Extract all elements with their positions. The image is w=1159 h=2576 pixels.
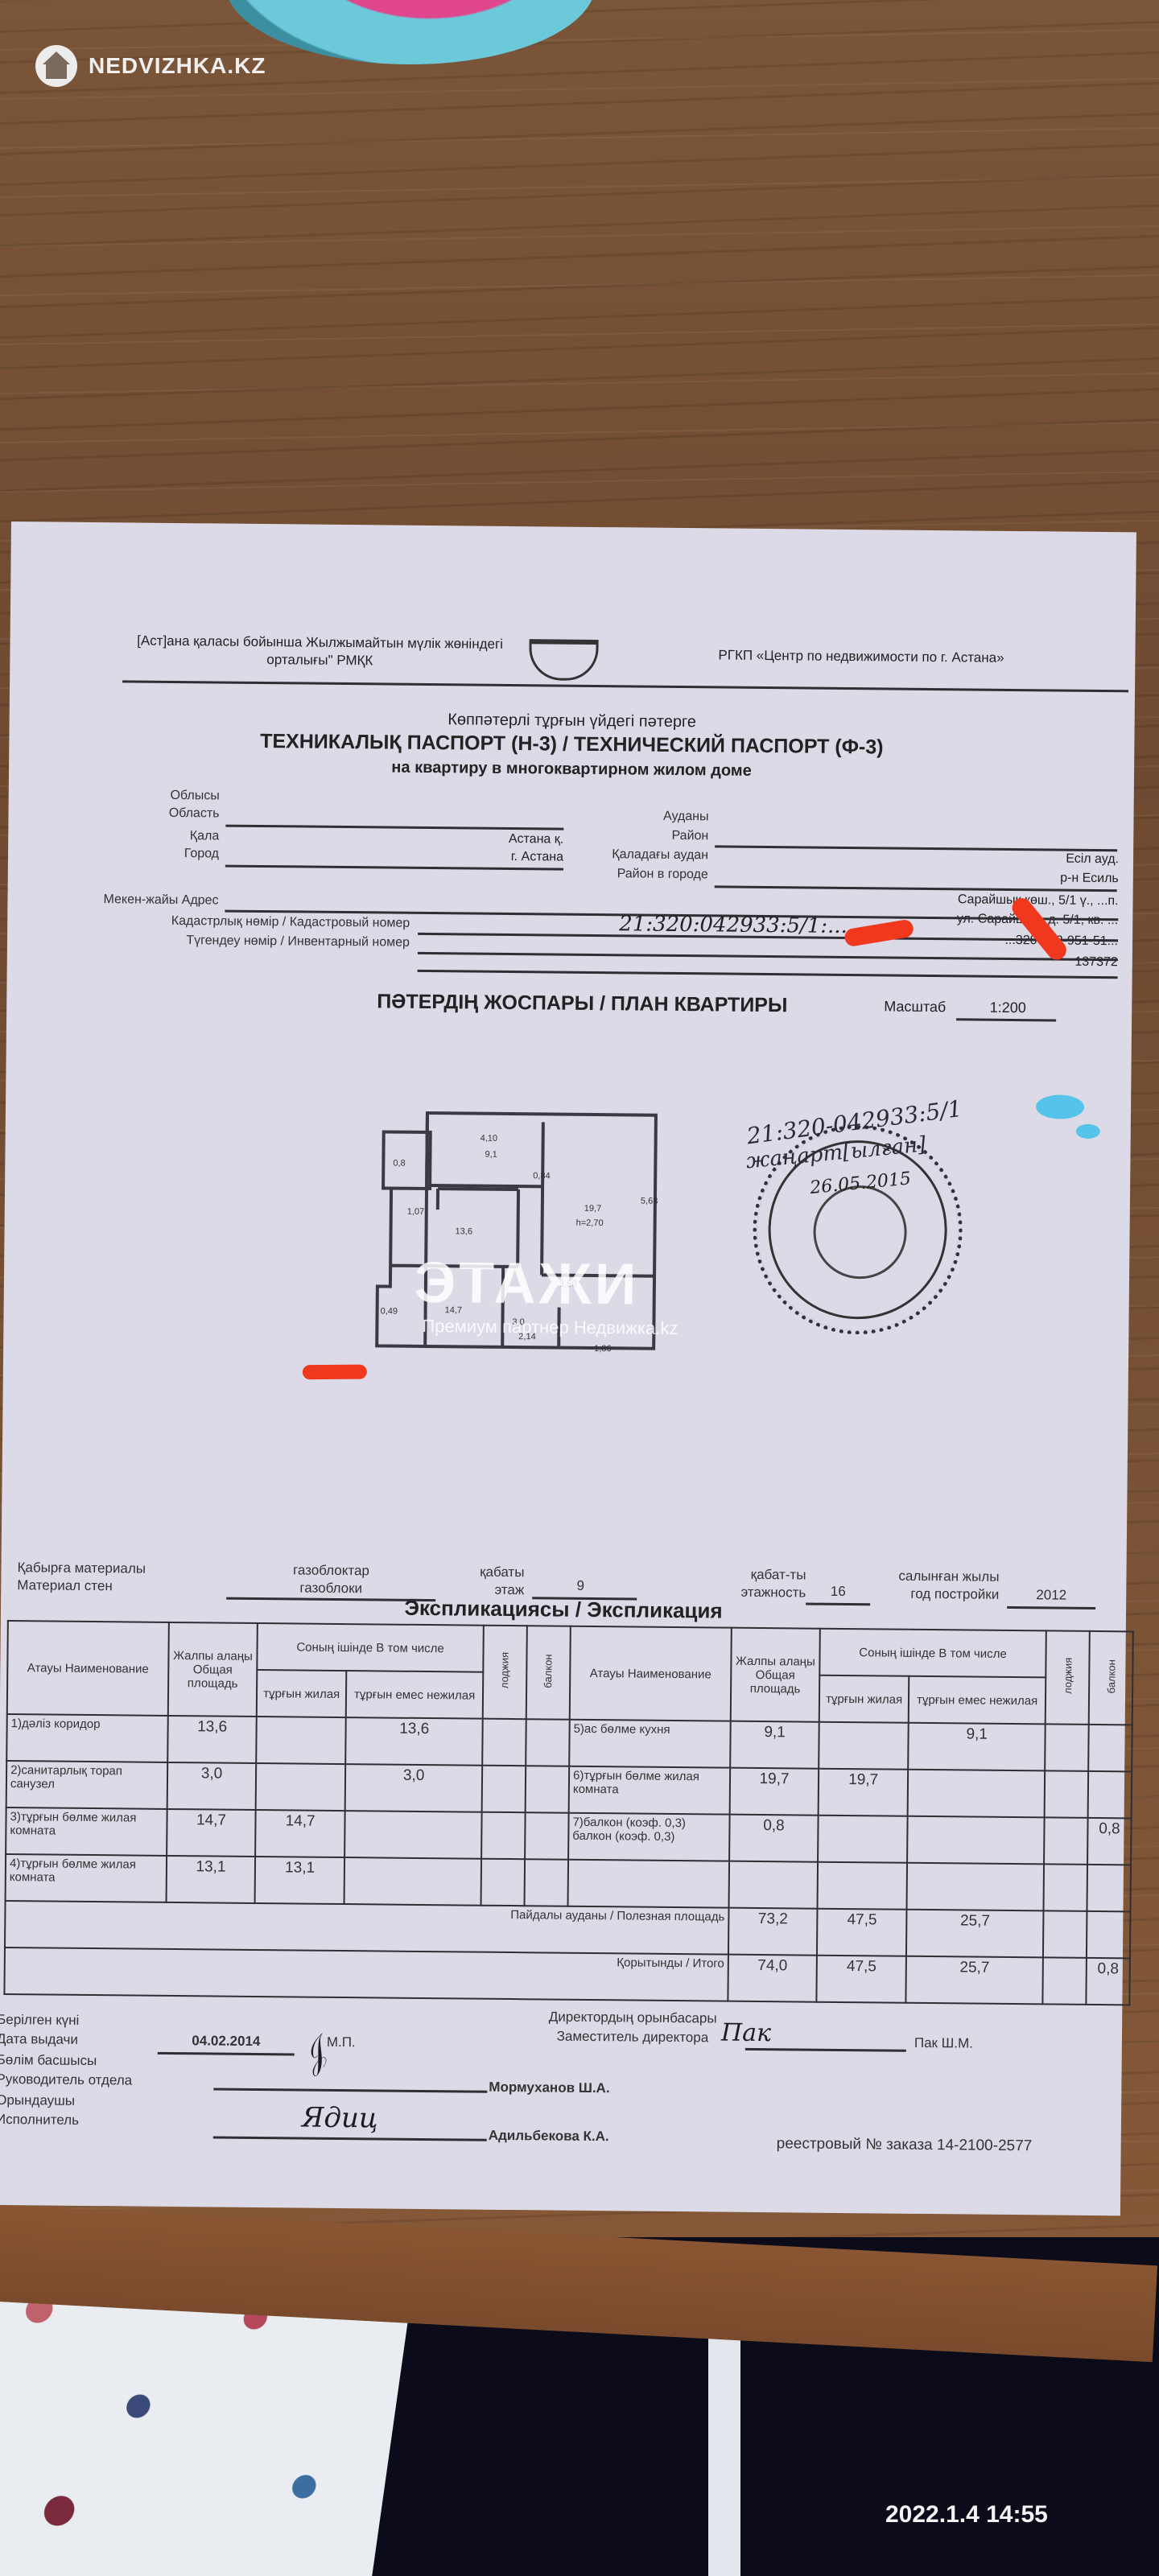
room-loggia <box>482 1719 526 1766</box>
col-header-living: тұрғын жилая <box>257 1670 347 1717</box>
emblem-icon <box>529 639 598 681</box>
grand-balcony: 0,8 <box>1086 1958 1130 2005</box>
room-loggia <box>1044 1817 1088 1865</box>
site-watermark: NEDVIZHKA.KZ <box>35 45 266 87</box>
useful-loggia <box>1043 1910 1087 1958</box>
head-label-kz: Бөлім басшысы <box>0 2052 97 2069</box>
floors-value: 16 <box>806 1584 870 1601</box>
col-header-total: Жалпы алаңы Общая площадь <box>731 1628 820 1722</box>
room-living <box>818 1816 908 1863</box>
room-living <box>256 1763 346 1811</box>
grand-total-label: Қорытынды / Итого <box>4 1947 728 2001</box>
room-name: 5)ас бөлме кухня <box>569 1720 731 1768</box>
col-header-name: Атауы Наименование <box>7 1621 169 1716</box>
seal-emblem-icon <box>813 1185 907 1280</box>
room-living <box>817 1862 907 1910</box>
room-balcony <box>525 1859 569 1906</box>
issue-label-kz: Берілген күні <box>0 2012 79 2029</box>
col-header-name: Атауы Наименование <box>570 1626 732 1721</box>
wall-material-label-kz: Қабырға материалы <box>17 1560 146 1577</box>
room-living <box>819 1722 909 1770</box>
room-balcony <box>526 1766 570 1813</box>
exec-label-ru: Исполнитель <box>0 2112 79 2129</box>
grand-living: 47,5 <box>816 1956 906 2003</box>
room-name: 2)санитарлық торап санузел <box>6 1761 168 1809</box>
plan-dim: 0,49 <box>381 1306 398 1316</box>
room-name <box>567 1860 729 1908</box>
oblast-label-ru: Область <box>8 805 219 822</box>
header-right-org: РГКП «Центр по недвижимости по г. Астана… <box>718 647 1004 666</box>
plan-area-kitchen: 9,1 <box>485 1150 497 1160</box>
room-name: 3)тұрғын бөлме жилая комната <box>6 1807 167 1856</box>
deputy-label-ru: Заместитель директора <box>512 2028 753 2046</box>
issue-date-line <box>158 2052 295 2056</box>
col-header-balcony: балкон <box>1105 1659 1117 1693</box>
room-loggia <box>481 1859 526 1906</box>
room-loggia <box>1045 1770 1089 1818</box>
district-value-kz: Есіл ауд. <box>893 851 1119 868</box>
scale-value: 1:200 <box>959 999 1056 1016</box>
deputy-signature-line <box>745 2048 906 2052</box>
header-divider <box>122 680 1128 692</box>
city-district-label-kz: Қаладағы аудан <box>475 847 708 863</box>
room-total: 0,8 <box>729 1815 819 1862</box>
year-label-kz: салынған жылы <box>870 1568 999 1585</box>
col-header-total: Жалпы алаңы Общая площадь <box>168 1622 258 1717</box>
room-balcony <box>525 1812 569 1860</box>
seal-place-label: М.П. <box>327 2034 356 2050</box>
photo-timestamp: 2022.1.4 14:55 <box>885 2501 1048 2529</box>
head-name: Мормуханов Ш.А. <box>489 2079 609 2096</box>
plan-dim: 4,10 <box>481 1134 498 1144</box>
plan-area-corridor: 13,6 <box>455 1226 472 1236</box>
room-name: 6)тұрғын бөлме жилая комната <box>569 1766 731 1815</box>
head-label-ru: Руководитель отдела <box>0 2071 132 2089</box>
col-header-including: Соның ішінде В том числе <box>819 1629 1046 1678</box>
room-loggia <box>482 1766 526 1813</box>
room-total: 9,1 <box>730 1721 819 1769</box>
room-nonliving: 13,6 <box>345 1717 482 1766</box>
room-balcony <box>1088 1771 1132 1819</box>
red-redaction-mark <box>303 1365 367 1380</box>
plan-dim: 1,07 <box>407 1207 425 1217</box>
technical-passport-document: [Аст]ана қаласы бойынша Жылжымайтын мүлі… <box>0 521 1136 2215</box>
floors-label-kz: қабат-ты <box>645 1566 806 1584</box>
room-total: 19,7 <box>730 1768 819 1816</box>
room-balcony <box>1088 1725 1132 1772</box>
room-nonliving <box>344 1857 481 1906</box>
grand-loggia <box>1042 1957 1087 2005</box>
issue-label-ru: Дата выдачи <box>0 2031 78 2048</box>
wall-material-value-kz: газоблоктар <box>226 1562 435 1580</box>
room-loggia <box>481 1812 526 1860</box>
inventory-label: Түгендеу нөмір / Инвентарный номер <box>7 932 410 950</box>
floor-value: 9 <box>532 1577 629 1594</box>
plan-title: ПӘТЕРДІҢ ЖОСПАРЫ / ПЛАН КВАРТИРЫ <box>377 990 787 1017</box>
exec-signature-line <box>213 2136 487 2141</box>
city-district-label-ru: Район в городе <box>475 866 708 883</box>
room-loggia <box>1043 1864 1087 1911</box>
col-header-living: тұрғын жилая <box>819 1675 909 1723</box>
grand-nonliving: 25,7 <box>906 1956 1043 2005</box>
blue-redaction-mark <box>1076 1124 1100 1139</box>
plan-dim: 1,86 <box>594 1344 612 1354</box>
issue-date: 04.02.2014 <box>158 2033 295 2050</box>
useful-living: 47,5 <box>817 1909 907 1956</box>
room-nonliving <box>907 1863 1044 1911</box>
room-living: 14,7 <box>255 1810 345 1857</box>
room-total: 14,7 <box>167 1809 256 1857</box>
etazhi-watermark: ЭТАЖИ <box>415 1250 640 1318</box>
watermark-text: NEDVIZHKA.KZ <box>89 53 266 79</box>
room-nonliving <box>344 1811 481 1859</box>
room-name: 4)тұрғын бөлме жилая комната <box>6 1854 167 1902</box>
exec-label-kz: Орындаушы <box>0 2092 75 2109</box>
col-header-nonliving: тұрғын емес нежилая <box>346 1671 483 1719</box>
house-icon <box>35 45 77 87</box>
room-nonliving: 3,0 <box>345 1764 482 1812</box>
col-header-loggia: лоджия <box>499 1652 511 1688</box>
patterned-fabric-strip <box>708 2334 740 2576</box>
room-total: 13,1 <box>167 1856 256 1903</box>
plan-area-balcony: 0,8 <box>393 1159 405 1168</box>
raion-label-ru: Район <box>475 827 708 844</box>
room-name: 1)дәліз коридор <box>6 1714 168 1762</box>
room-balcony: 0,8 <box>1087 1818 1132 1865</box>
room-living: 19,7 <box>819 1769 909 1816</box>
explication-table: Атауы Наименование Жалпы алаңы Общая пло… <box>3 1620 1133 2005</box>
plan-ceiling: h=2,70 <box>576 1218 604 1228</box>
exec-name: Адильбекова К.А. <box>489 2128 609 2145</box>
col-header-nonliving: тұрғын емес нежилая <box>909 1676 1046 1725</box>
registry-number: реестровый № заказа 14-2100-2577 <box>777 2135 1033 2155</box>
plan-dim: 5,63 <box>641 1197 658 1206</box>
district-value-ru: р-н Есиль <box>893 870 1119 887</box>
cadastral-label: Кадастрлық нөмір / Кадастровый номер <box>7 913 410 931</box>
col-header-balcony: балкон <box>542 1654 555 1688</box>
etazhi-watermark-tagline: Премиум партнер Недвижка.kz <box>422 1316 678 1339</box>
room-loggia <box>1045 1724 1089 1771</box>
room-total: 13,6 <box>167 1716 257 1763</box>
useful-total: 73,2 <box>728 1908 818 1956</box>
room-living <box>256 1717 346 1764</box>
room-balcony <box>526 1719 570 1766</box>
head-signature-line <box>213 2088 487 2093</box>
col-header-loggia: лоджия <box>1062 1658 1074 1694</box>
inventory-underline <box>418 970 1118 979</box>
floor-label-kz: қабаты <box>435 1564 524 1581</box>
room-name: 7)балкон (коэф. 0,3) балкон (коэф. 0,3) <box>568 1813 730 1861</box>
scale-label: Масштаб <box>884 998 946 1016</box>
room-balcony <box>1087 1865 1131 1912</box>
room-total: 3,0 <box>167 1762 257 1810</box>
address-value-kz: Сарайшық көш., 5/1 ү., ...п. <box>732 891 1118 909</box>
useful-nonliving: 25,7 <box>906 1910 1043 1958</box>
address-label: Мекен-жайы Адрес <box>7 892 218 909</box>
room-nonliving <box>908 1770 1045 1818</box>
plan-dim: 0,84 <box>533 1171 551 1181</box>
deputy-name: Пак Ш.М. <box>914 2035 973 2052</box>
grand-total: 74,0 <box>728 1955 817 2002</box>
deputy-label-kz: Директордың орынбасары <box>512 2009 753 2027</box>
room-living: 13,1 <box>255 1857 345 1904</box>
useful-balcony <box>1087 1911 1131 1959</box>
oblast-label-kz: Облысы <box>9 787 220 804</box>
useful-area-label: Пайдалы ауданы / Полезная площадь <box>5 1901 728 1955</box>
header-left-org: [Аст]ана қаласы бойынша Жылжымайтын мүлі… <box>130 632 509 671</box>
room-nonliving: 9,1 <box>908 1723 1045 1771</box>
blue-redaction-mark <box>1036 1094 1084 1119</box>
col-header-including: Соның ішінде В том числе <box>257 1623 484 1672</box>
room-nonliving <box>907 1816 1044 1865</box>
plan-area-room6: 19,7 <box>584 1204 602 1214</box>
room-total <box>728 1861 818 1909</box>
scale-line <box>956 1018 1056 1021</box>
raion-label-kz: Ауданы <box>475 808 708 825</box>
signature-exec: Ядиц <box>302 2102 378 2135</box>
city-label-ru: Город <box>8 845 219 862</box>
city-label-kz: Қала <box>8 827 219 844</box>
inventory-value: 137372 <box>973 954 1118 970</box>
signature-deputy: Пак <box>721 2019 771 2048</box>
